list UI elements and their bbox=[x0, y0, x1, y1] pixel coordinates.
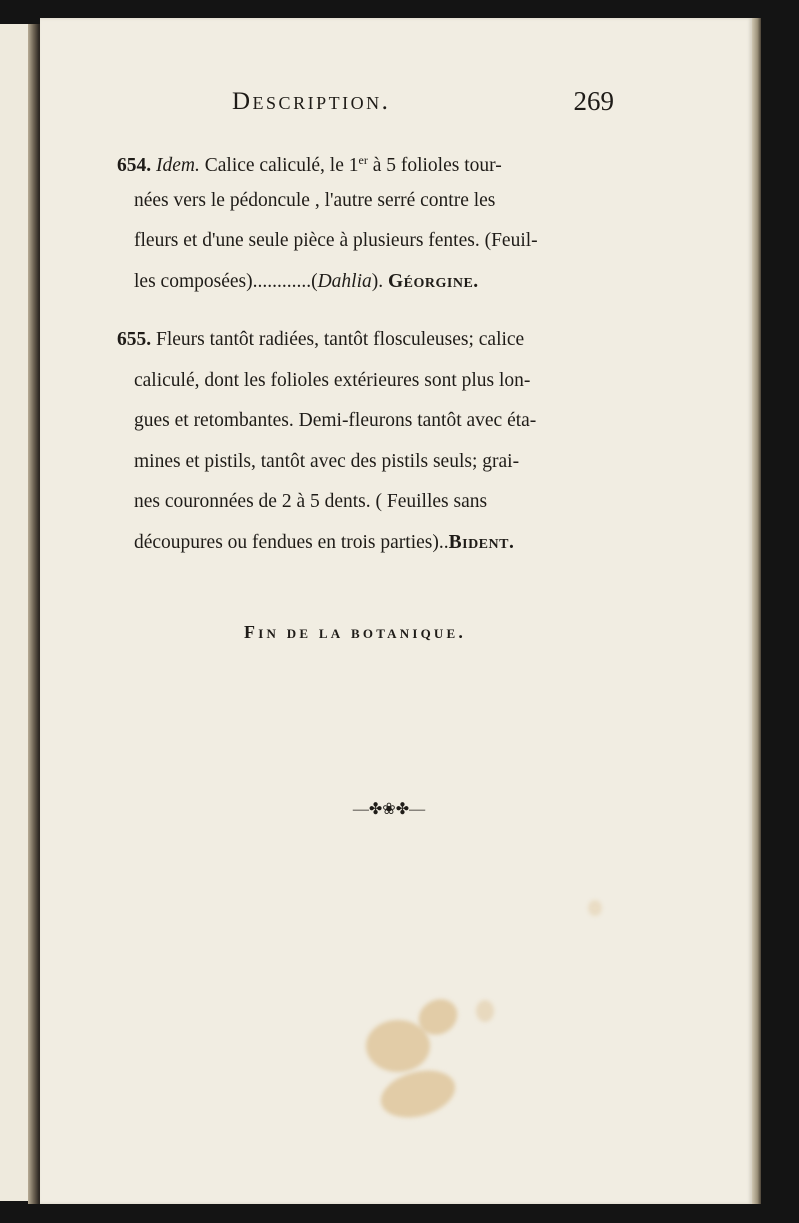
entry-text: Calice caliculé, le 1 bbox=[200, 155, 359, 176]
entry-line: 654. Idem. Calice caliculé, le 1er à 5 f… bbox=[117, 140, 657, 181]
entry-line: caliculé, dont les folioles extérieures … bbox=[117, 361, 657, 402]
genus-name: Dahlia bbox=[318, 271, 372, 292]
entry-number: 655. bbox=[117, 329, 151, 350]
entry-655: 655. Fleurs tantôt radiées, tantôt flosc… bbox=[117, 320, 657, 563]
fleuron-ornament-icon: —✤❀✤— bbox=[324, 800, 454, 820]
entry-line: découpures ou fendues en trois parties).… bbox=[117, 523, 657, 564]
entry-text: les composées)............( bbox=[134, 271, 318, 292]
common-name: Bident. bbox=[449, 532, 515, 553]
closing-heading: Fin de la botanique. bbox=[244, 622, 466, 643]
entry-text: ). bbox=[372, 271, 388, 292]
running-title: Description. bbox=[232, 88, 390, 116]
entry-number: 654. bbox=[117, 155, 151, 176]
entry-line: 655. Fleurs tantôt radiées, tantôt flosc… bbox=[117, 320, 657, 361]
entry-line: fleurs et d'une seule pièce à plusieurs … bbox=[117, 221, 657, 262]
page-number: 269 bbox=[574, 86, 615, 117]
entry-text: découpures ou fendues en trois parties).… bbox=[134, 532, 449, 553]
entry-line: nes couronnées de 2 à 5 dents. ( Feuille… bbox=[117, 482, 657, 523]
entry-text: à 5 folioles tour- bbox=[368, 155, 502, 176]
entry-line: les composées)............(Dahlia). Géor… bbox=[117, 262, 657, 303]
facing-page-edge bbox=[0, 24, 30, 1201]
entry-line: nées vers le pédoncule , l'autre serré c… bbox=[117, 181, 657, 222]
page-fore-edge bbox=[752, 18, 761, 1204]
superscript: er bbox=[359, 153, 368, 167]
entry-text: Fleurs tantôt radiées, tantôt flosculeus… bbox=[151, 329, 524, 350]
page-header: Description. 269 bbox=[232, 88, 612, 128]
entry-line: gues et retombantes. Demi-fleurons tantô… bbox=[117, 401, 657, 442]
common-name: Géorgine. bbox=[388, 271, 479, 292]
italic-term: Idem. bbox=[156, 155, 200, 176]
entry-654: 654. Idem. Calice caliculé, le 1er à 5 f… bbox=[117, 140, 657, 302]
stain-mark bbox=[588, 900, 602, 916]
stain-mark bbox=[476, 1000, 494, 1022]
entry-line: mines et pistils, tantôt avec des pistil… bbox=[117, 442, 657, 483]
